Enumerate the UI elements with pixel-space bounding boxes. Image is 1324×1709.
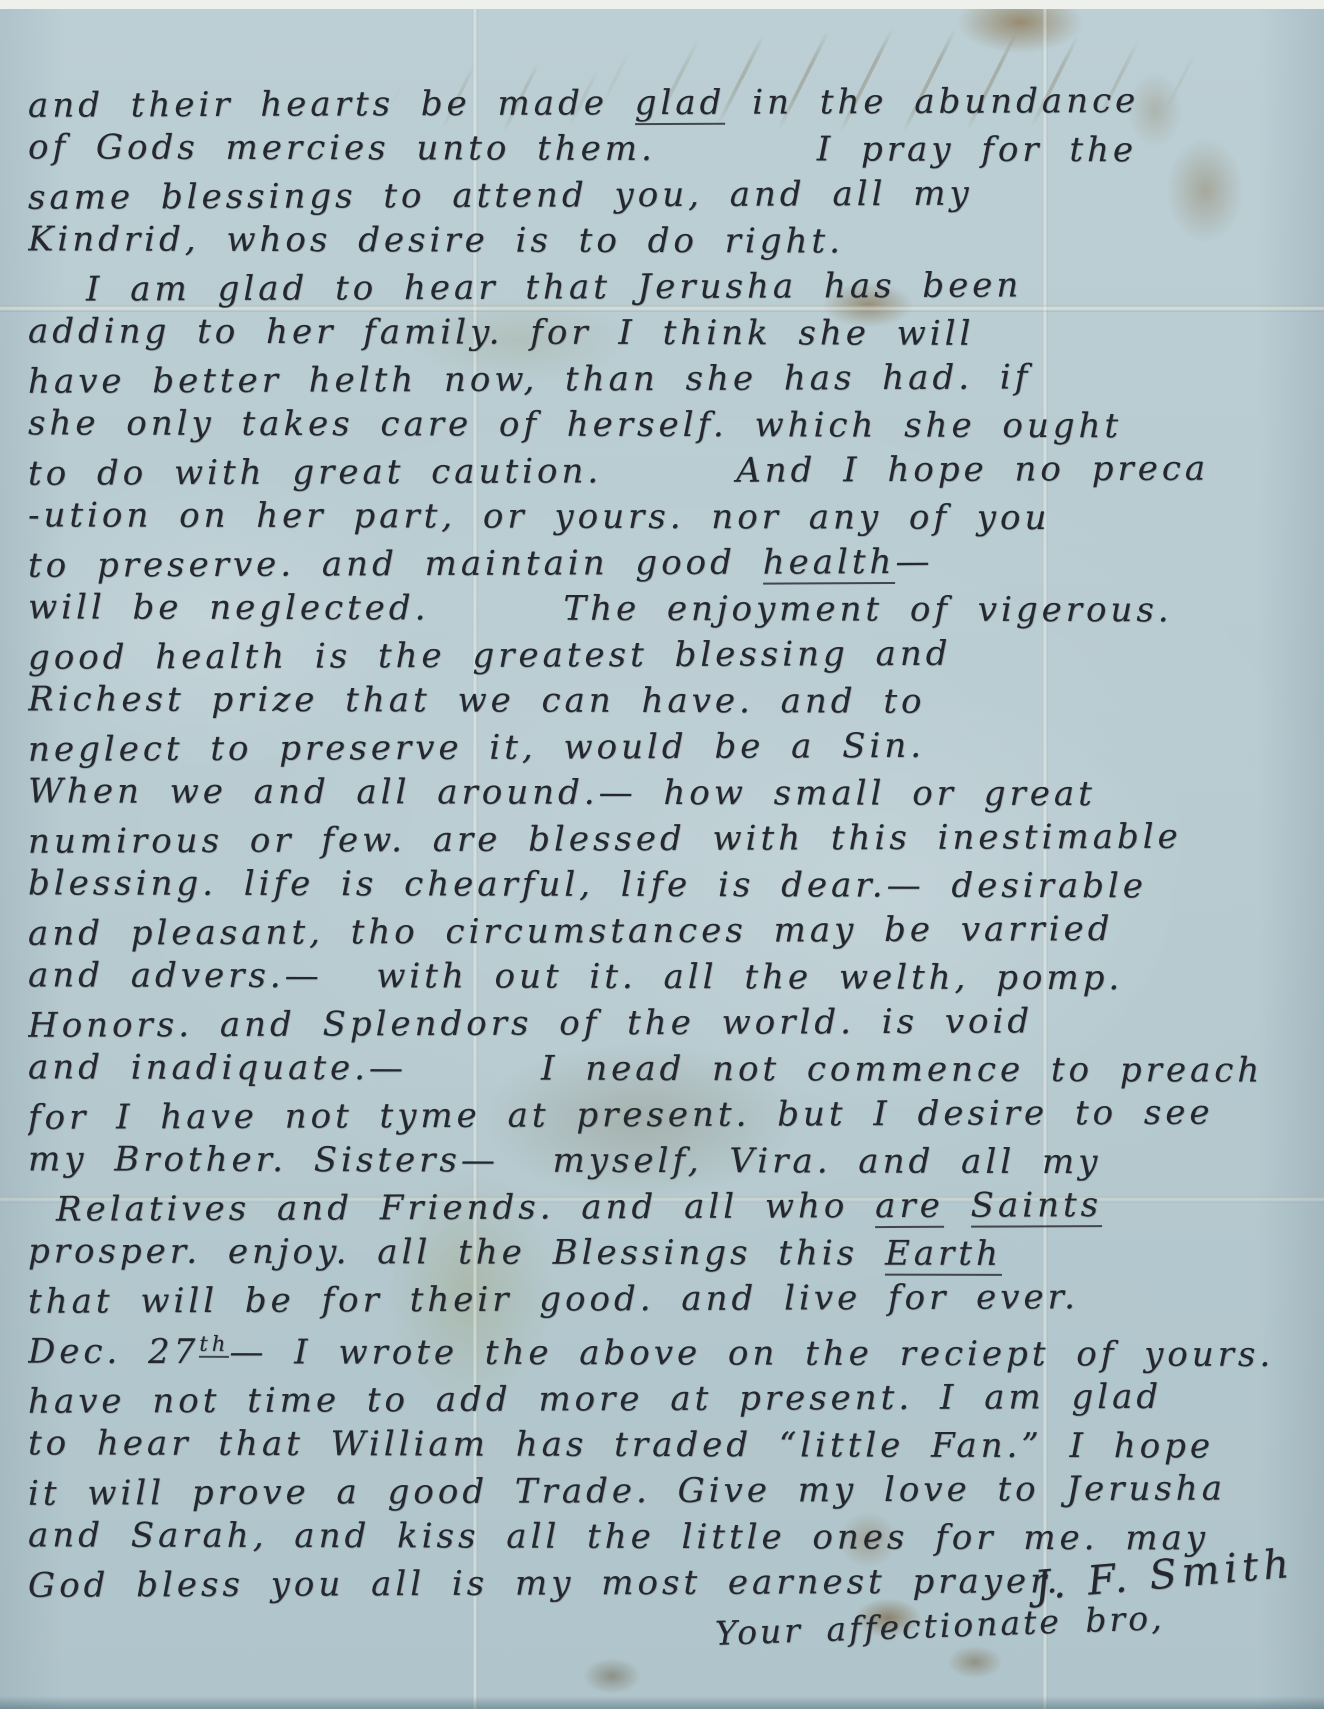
superscript-ordinal: th — [199, 1331, 229, 1358]
letter-line: for I have not tyme at present. but I de… — [28, 1089, 1302, 1141]
letter-line: and their hearts be made glad in the abu… — [28, 77, 1302, 129]
letter-text: to hear that William has traded “little … — [28, 1424, 1214, 1467]
underlined-word: Earth — [885, 1234, 1002, 1276]
letter-line: Relatives and Friends. and all who are S… — [28, 1181, 1302, 1233]
letter-line: and inadiquate.— I nead not commence to … — [28, 1044, 1302, 1093]
letter-text: blessing. life is chearful, life is dear… — [28, 863, 1147, 906]
letter-line: good health is the greatest blessing and — [28, 629, 1302, 681]
underlined-word: glad — [635, 83, 726, 125]
letter-text: have better helth now, than she has had.… — [28, 357, 1031, 401]
letter-text: she only takes care of herself. which sh… — [28, 403, 1122, 446]
letter-text: -ution on her part, or yours. nor any of… — [28, 495, 1050, 538]
letter-line: that will be for their good. and live fo… — [28, 1273, 1302, 1325]
letter-text: — — [895, 542, 933, 582]
letter-text: Dec. 27 — [28, 1332, 199, 1372]
letter-line: adding to her family. for I think she wi… — [28, 308, 1302, 357]
letter-line: have better helth now, than she has had.… — [28, 353, 1302, 405]
letter-text: adding to her family. for I think she wi… — [28, 311, 975, 353]
closing-line: Your affectionate bro, — [714, 1598, 1165, 1653]
letter-text: I am glad to hear that Jerusha has been — [86, 265, 1022, 309]
letter-text: God bless you all is my most earnest pra… — [28, 1562, 1062, 1607]
letter-line: it will prove a good Trade. Give my love… — [28, 1466, 1302, 1518]
letter-text: Relatives and Friends. and all who — [56, 1186, 875, 1230]
letter-line: Kindrid, whos desire is to do right. — [28, 216, 1302, 265]
letter-line: and advers.— with out it. all the welth,… — [28, 952, 1302, 1001]
letter-text: prosper. enjoy. all the Blessings this — [28, 1231, 885, 1273]
letter-text: have not time to add more at present. I … — [28, 1377, 1162, 1422]
letter-line: prosper. enjoy. all the Blessings this E… — [28, 1228, 1302, 1277]
letter-line: will be neglected. The enjoyment of vige… — [28, 584, 1302, 633]
letter-text: for I have not tyme at present. but I de… — [28, 1093, 1214, 1138]
letter-text: will be neglected. The enjoyment of vige… — [28, 587, 1173, 630]
letter-line: neglect to preserve it, would be a Sin. — [28, 721, 1302, 773]
letter-text: and Sarah, and kiss all the little ones … — [28, 1516, 1209, 1559]
letter-text: good health is the greatest blessing and — [28, 634, 952, 678]
letter-line: Dec. 27th— I wrote the above on the reci… — [28, 1320, 1302, 1378]
letter-line: -ution on her part, or yours. nor any of… — [28, 492, 1302, 541]
letter-line: same blessings to attend you, and all my — [28, 169, 1302, 221]
letter-line: and pleasant, tho circumstances may be v… — [28, 905, 1302, 957]
letter-text: numirous or few. are blessed with this i… — [28, 817, 1182, 862]
letter-line: I am glad to hear that Jerusha has been — [28, 261, 1302, 313]
scan-edge-bottom — [0, 1696, 1324, 1709]
letter-line: numirous or few. are blessed with this i… — [28, 813, 1302, 865]
letter-text: — I wrote the above on the reciept of yo… — [229, 1332, 1302, 1375]
letter-line: blessing. life is chearful, life is dear… — [28, 860, 1302, 909]
letter-text: and their hearts be made — [28, 83, 635, 126]
letter-line: have not time to add more at present. I … — [28, 1374, 1302, 1426]
letter-text: to preserve. and maintain good — [28, 543, 763, 586]
underlined-word: are — [875, 1186, 944, 1232]
letter-text: Richest prize that we can have. and to — [28, 679, 926, 721]
underlined-word: Saints — [971, 1185, 1103, 1228]
letter-line: to hear that William has traded “little … — [28, 1421, 1302, 1470]
letter-line: my Brother. Sisters— myself, Vira. and a… — [28, 1136, 1302, 1185]
letter-body: and their hearts be made glad in the abu… — [28, 80, 1302, 1606]
letter-text — [944, 1186, 971, 1226]
letter-text: to do with great caution. And I hope no … — [28, 449, 1209, 494]
letter-text: neglect to preserve it, would be a Sin. — [28, 726, 925, 770]
underlined-word: health — [763, 542, 896, 585]
letter-text: When we and all around.— how small or gr… — [28, 771, 1096, 814]
letter-text: of Gods mercies unto them. I pray for th… — [28, 127, 1137, 170]
letter-line: to preserve. and maintain good health— — [28, 537, 1302, 589]
letter-text: Honors. and Splendors of the world. is v… — [28, 1001, 1033, 1045]
letter-text: that will be for their good. and live fo… — [28, 1277, 1079, 1322]
letter-line: Honors. and Splendors of the world. is v… — [28, 997, 1302, 1049]
letter-line: and Sarah, and kiss all the little ones … — [28, 1513, 1302, 1562]
scan-edge-top — [0, 0, 1324, 9]
letter-text: same blessings to attend you, and all my — [28, 174, 973, 218]
letter-line: When we and all around.— how small or gr… — [28, 768, 1302, 817]
letter-line: she only takes care of herself. which sh… — [28, 400, 1302, 449]
letter-scan: and their hearts be made glad in the abu… — [0, 0, 1324, 1709]
letter-line: of Gods mercies unto them. I pray for th… — [28, 124, 1302, 173]
letter-text: it will prove a good Trade. Give my love… — [28, 1469, 1226, 1514]
letter-text: and pleasant, tho circumstances may be v… — [28, 909, 1114, 954]
letter-line: Richest prize that we can have. and to — [28, 676, 1302, 725]
letter-line: to do with great caution. And I hope no … — [28, 445, 1302, 497]
letter-text: and inadiquate.— I nead not commence to … — [28, 1047, 1263, 1090]
letter-text: my Brother. Sisters— myself, Vira. and a… — [28, 1139, 1101, 1182]
letter-text: Kindrid, whos desire is to do right. — [28, 219, 844, 261]
letter-text: and advers.— with out it. all the welth,… — [28, 955, 1123, 998]
letter-text: in the abundance — [725, 81, 1139, 123]
